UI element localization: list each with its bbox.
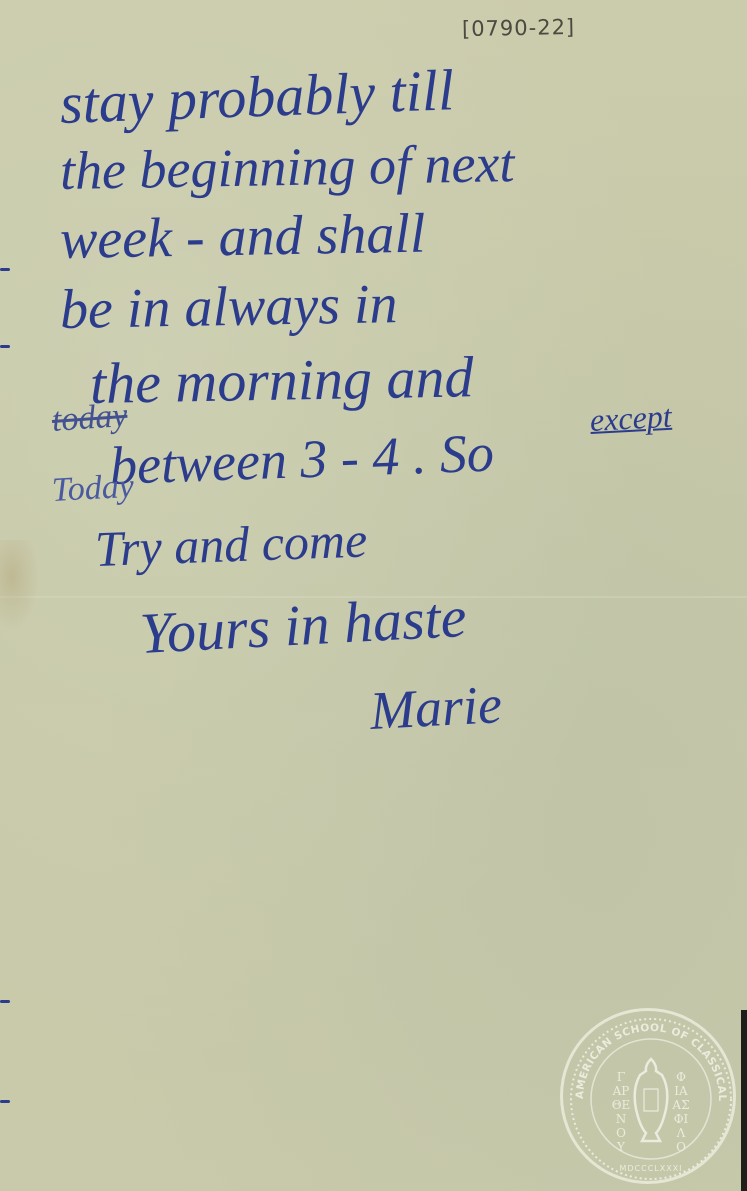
handwritten-line: stay probably till xyxy=(59,56,455,137)
institution-seal: AMERICAN SCHOOL OF CLASSICAL STUDIES AT … xyxy=(560,1008,736,1184)
handwritten-line: except xyxy=(589,398,673,439)
handwritten-line: the beginning of next xyxy=(59,132,514,202)
margin-mark xyxy=(0,268,10,271)
margin-mark xyxy=(0,1000,10,1003)
svg-text:ΓΑΡΘΕΝΟΥ: ΓΑΡΘΕΝΟΥ xyxy=(612,1070,631,1154)
struck-word: today xyxy=(51,397,129,440)
handwritten-line: Try and come xyxy=(94,511,368,578)
inserted-word: Today xyxy=(51,468,135,510)
seal-emblem-icon: AMERICAN SCHOOL OF CLASSICAL STUDIES AT … xyxy=(563,1011,739,1187)
margin-mark xyxy=(0,1100,10,1103)
handwritten-line: Marie xyxy=(368,673,503,742)
paper-stain xyxy=(0,540,40,630)
handwritten-line: the morning and xyxy=(89,343,474,417)
svg-text:ΦΙΑΑΣΦΙΛΟ: ΦΙΑΑΣΦΙΛΟ xyxy=(671,1070,689,1154)
archive-reference: [0790-22] xyxy=(462,15,576,41)
margin-mark xyxy=(0,345,10,348)
scan-edge xyxy=(741,1010,747,1191)
handwritten-line: be in always in xyxy=(59,272,398,342)
handwritten-line: week - and shall xyxy=(59,202,426,272)
svg-text:MDCCCLXXXI: MDCCCLXXXI xyxy=(619,1164,682,1173)
svg-text:AMERICAN SCHOOL OF CLASSICAL S: AMERICAN SCHOOL OF CLASSICAL STUDIES AT … xyxy=(563,1011,728,1102)
